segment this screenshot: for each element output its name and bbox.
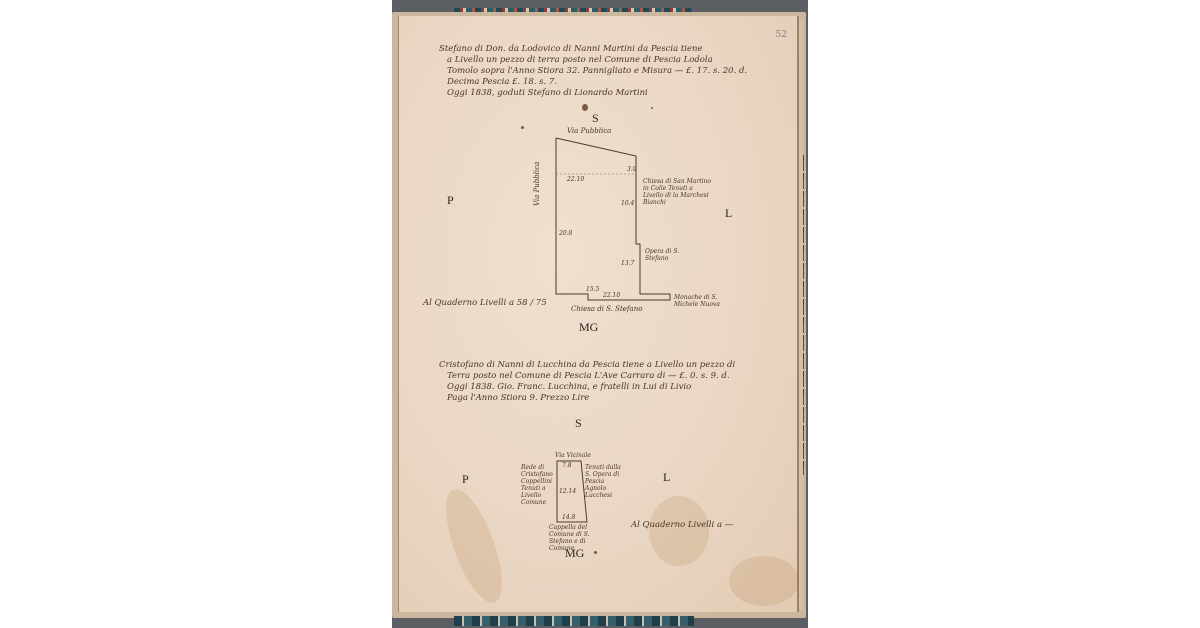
plot-2-top-label: Via Vicinale xyxy=(555,452,591,459)
plot-2-right-label: Tenuti dalla S. Opera di Pescia Agnolo L… xyxy=(585,464,625,499)
margin-note-2: Al Quaderno Livelli a — xyxy=(631,520,733,531)
scanned-book: 52 Stefano di Don. da Lodovico di Nanni … xyxy=(392,0,808,628)
plot-diagram-2 xyxy=(399,16,797,612)
marbled-edge-bottom xyxy=(454,616,694,626)
measure: 7.8 xyxy=(562,462,572,469)
manuscript-page: 52 Stefano di Don. da Lodovico di Nanni … xyxy=(398,16,799,612)
plot-2-bottom-label: Cappella del Comune di S. Stefano e di C… xyxy=(549,524,599,552)
plot-2-left-label: Rede di Cristofano Coppellini Tenuti a L… xyxy=(521,464,557,506)
measure: 12.14 xyxy=(559,488,576,495)
measure: 14.8 xyxy=(562,514,575,521)
